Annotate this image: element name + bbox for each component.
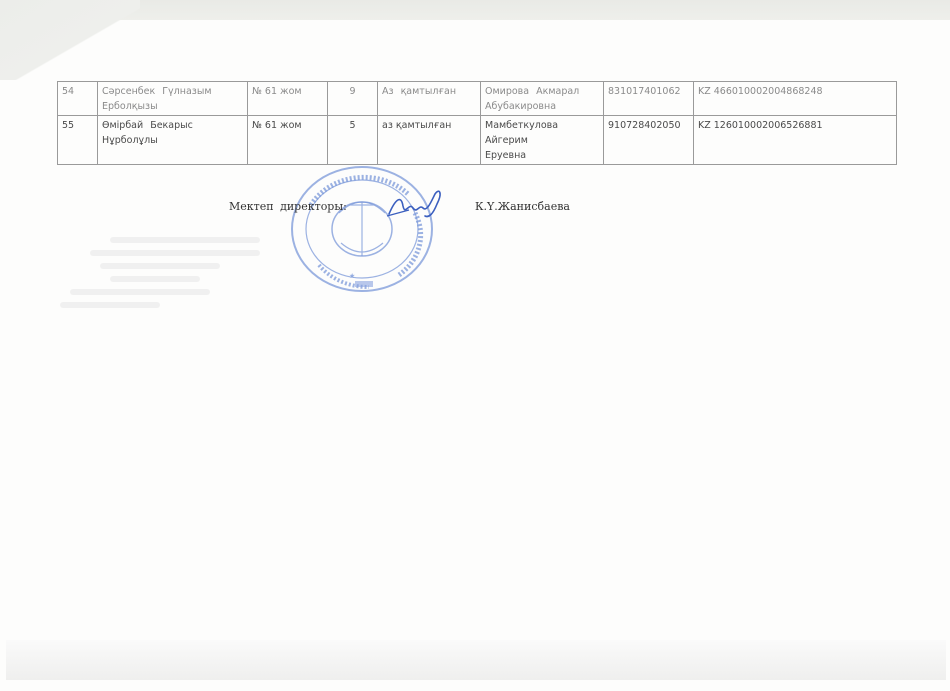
table-row: 55 Өмірбай Бекарыс Нұрболұлы № 61 жом 5 … xyxy=(58,116,897,165)
grade-cell: 5 xyxy=(328,116,378,165)
student-patronymic: Ерболқызы xyxy=(102,99,243,114)
parent-patronymic: Абубакировна xyxy=(485,99,599,114)
school-cell: № 61 жом xyxy=(248,82,328,116)
iban-cell: KZ 466010002004868248 xyxy=(694,82,897,116)
director-title: Мектеп директоры: xyxy=(229,200,347,213)
bleed-through-text xyxy=(60,230,260,340)
row-number: 55 xyxy=(58,116,98,165)
student-name: Өмірбай Бекарыс xyxy=(102,118,243,133)
table-row: 54 Сәрсенбек Гүлназым Ерболқызы № 61 жом… xyxy=(58,82,897,116)
signature-icon xyxy=(385,188,445,222)
iin-cell: 831017401062 xyxy=(604,82,694,116)
document-page: 54 Сәрсенбек Гүлназым Ерболқызы № 61 жом… xyxy=(0,0,950,691)
row-number: 54 xyxy=(58,82,98,116)
parent-name-cell: Омирова Акмарал Абубакировна xyxy=(481,82,604,116)
director-name: К.Ү.Жанисбаева xyxy=(475,200,570,213)
student-patronymic: Нұрболұлы xyxy=(102,133,243,148)
parent-name: Омирова Акмарал xyxy=(485,84,599,99)
iin-cell: 910728402050 xyxy=(604,116,694,165)
recipients-table: 54 Сәрсенбек Гүлназым Ерболқызы № 61 жом… xyxy=(57,81,897,165)
iban-cell: KZ 126010002006526881 xyxy=(694,116,897,165)
student-name-cell: Өмірбай Бекарыс Нұрболұлы xyxy=(98,116,248,165)
student-name-cell: Сәрсенбек Гүлназым Ерболқызы xyxy=(98,82,248,116)
grade-cell: 9 xyxy=(328,82,378,116)
student-name: Сәрсенбек Гүлназым xyxy=(102,84,243,99)
svg-text:★: ★ xyxy=(349,272,355,280)
status-cell: аз қамтылған xyxy=(378,116,481,165)
school-cell: № 61 жом xyxy=(248,116,328,165)
parent-name: Мамбеткулова Айгерим xyxy=(485,118,599,148)
official-stamp-icon: ★ xyxy=(289,165,435,293)
status-cell: Аз қамтылған xyxy=(378,82,481,116)
parent-name-cell: Мамбеткулова Айгерим Еруевна xyxy=(481,116,604,165)
parent-patronymic: Еруевна xyxy=(485,148,599,163)
